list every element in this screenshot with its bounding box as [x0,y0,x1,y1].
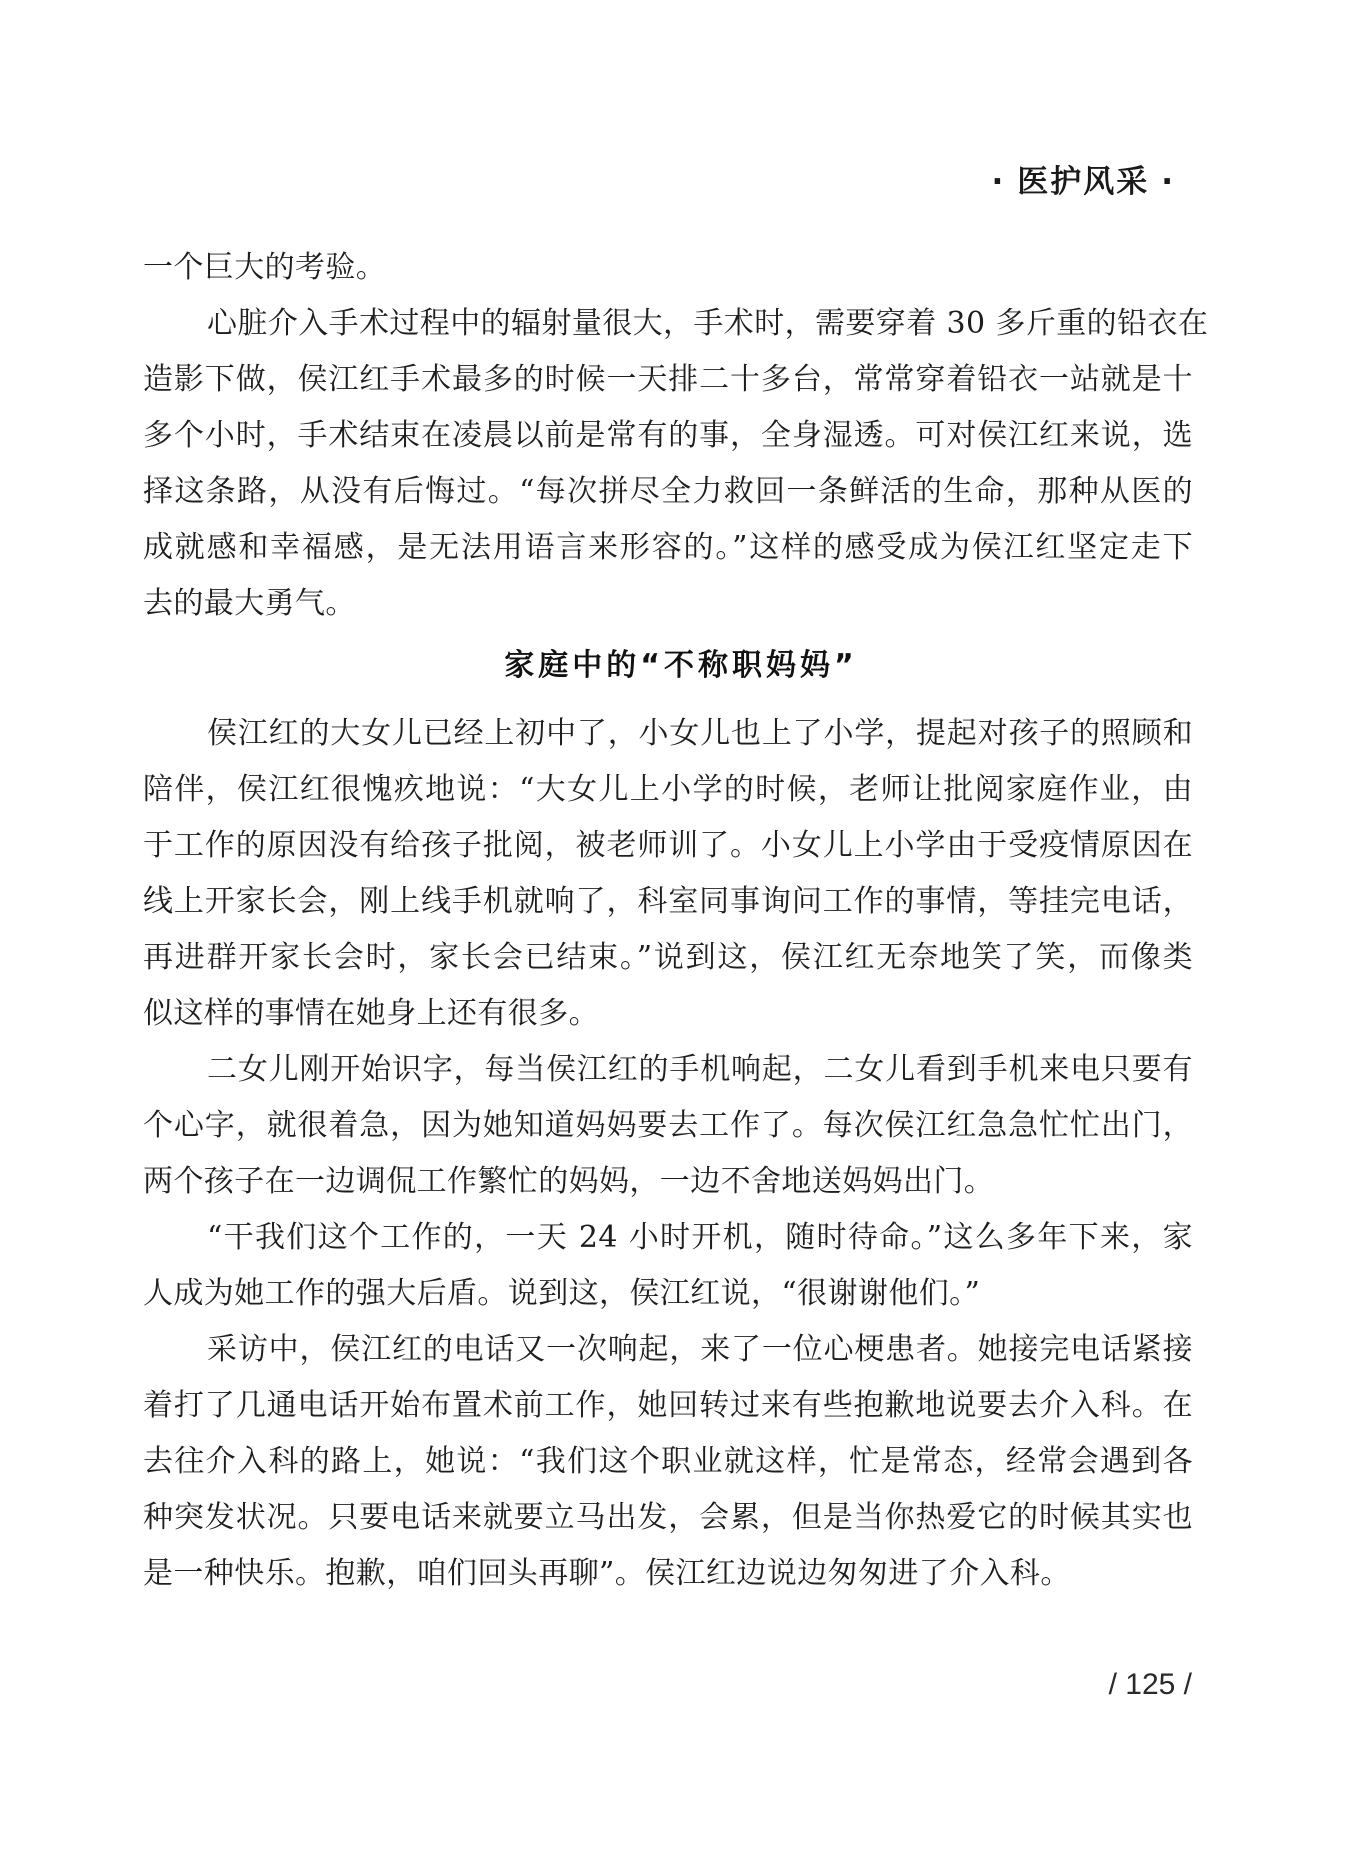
text-line: 去往介入科的路上，她说：“我们这个职业就这样，忙是常态，经常会遇到各 [143,1434,1193,1490]
text-line: 人成为她工作的强大后盾。说到这，侯江红说，“很谢谢他们。” [143,1266,980,1322]
text-line: 个心字，就很着急，因为她知道妈妈要去工作了。每次侯江红急急忙忙出门， [143,1098,1193,1154]
text-line: 是一种快乐。抱歉，咱们回头再聊”。侯江红边说边匆匆进了介入科。 [143,1546,1071,1602]
text-line: 成就感和幸福感，是无法用语言来形容的。”这样的感受成为侯江红坚定走下 [143,520,1193,576]
text-line: 似这样的事情在她身上还有很多。 [143,986,599,1042]
text-line: 侯江红的大女儿已经上初中了，小女儿也上了小学，提起对孩子的照顾和 [207,706,1193,762]
text-line: 心脏介入手术过程中的辐射量很大，手术时，需要穿着 30 多斤重的铅衣在 [207,296,1193,352]
text-line: 线上开家长会，刚上线手机就响了，科室同事询问工作的事情，等挂完电话， [143,874,1193,930]
text-line: 着打了几通电话开始布置术前工作，她回转过来有些抱歉地说要去介入科。在 [143,1378,1193,1434]
text-line: 去的最大勇气。 [143,576,356,632]
text-line: 多个小时，手术结束在凌晨以前是常有的事，全身湿透。可对侯江红来说，选 [143,408,1193,464]
header-dot-left: · [991,164,1005,200]
text-line: 二女儿刚开始识字，每当侯江红的手机响起，二女儿看到手机来电只要有 [207,1042,1193,1098]
text-line: 一个巨大的考验。 [143,240,386,296]
section-heading: 家庭中的“不称职妈妈” [0,640,1362,684]
text-line: 种突发状况。只要电话来就要立马出发，会累，但是当你热爱它的时候其实也 [143,1490,1193,1546]
section-title: 医护风采 [1017,164,1149,200]
text-line: 陪伴，侯江红很愧疚地说：“大女儿上小学的时候，老师让批阅家庭作业，由 [143,762,1193,818]
text-line: 造影下做，侯江红手术最多的时候一天排二十多台，常常穿着铅衣一站就是十 [143,352,1193,408]
text-line: “干我们这个工作的，一天 24 小时开机，随时待命。”这么多年下来，家 [207,1210,1193,1266]
header-dot-right: · [1161,164,1175,200]
text-line: 于工作的原因没有给孩子批阅，被老师训了。小女儿上小学由于受疫情原因在 [143,818,1193,874]
text-line: 两个孩子在一边调侃工作繁忙的妈妈，一边不舍地送妈妈出门。 [143,1154,994,1210]
page-number: / 125 / [1109,1668,1192,1702]
text-line: 再进群开家长会时，家长会已结束。”说到这，侯江红无奈地笑了笑，而像类 [143,930,1193,986]
book-page: ·医护风采· 一个巨大的考验。 心脏介入手术过程中的辐射量很大，手术时，需要穿着… [0,0,1362,1858]
text-line: 采访中，侯江红的电话又一次响起，来了一位心梗患者。她接完电话紧接 [207,1322,1193,1378]
text-line: 择这条路，从没有后悔过。“每次拼尽全力救回一条鲜活的生命，那种从医的 [143,464,1193,520]
running-header: ·医护风采· [979,156,1187,201]
